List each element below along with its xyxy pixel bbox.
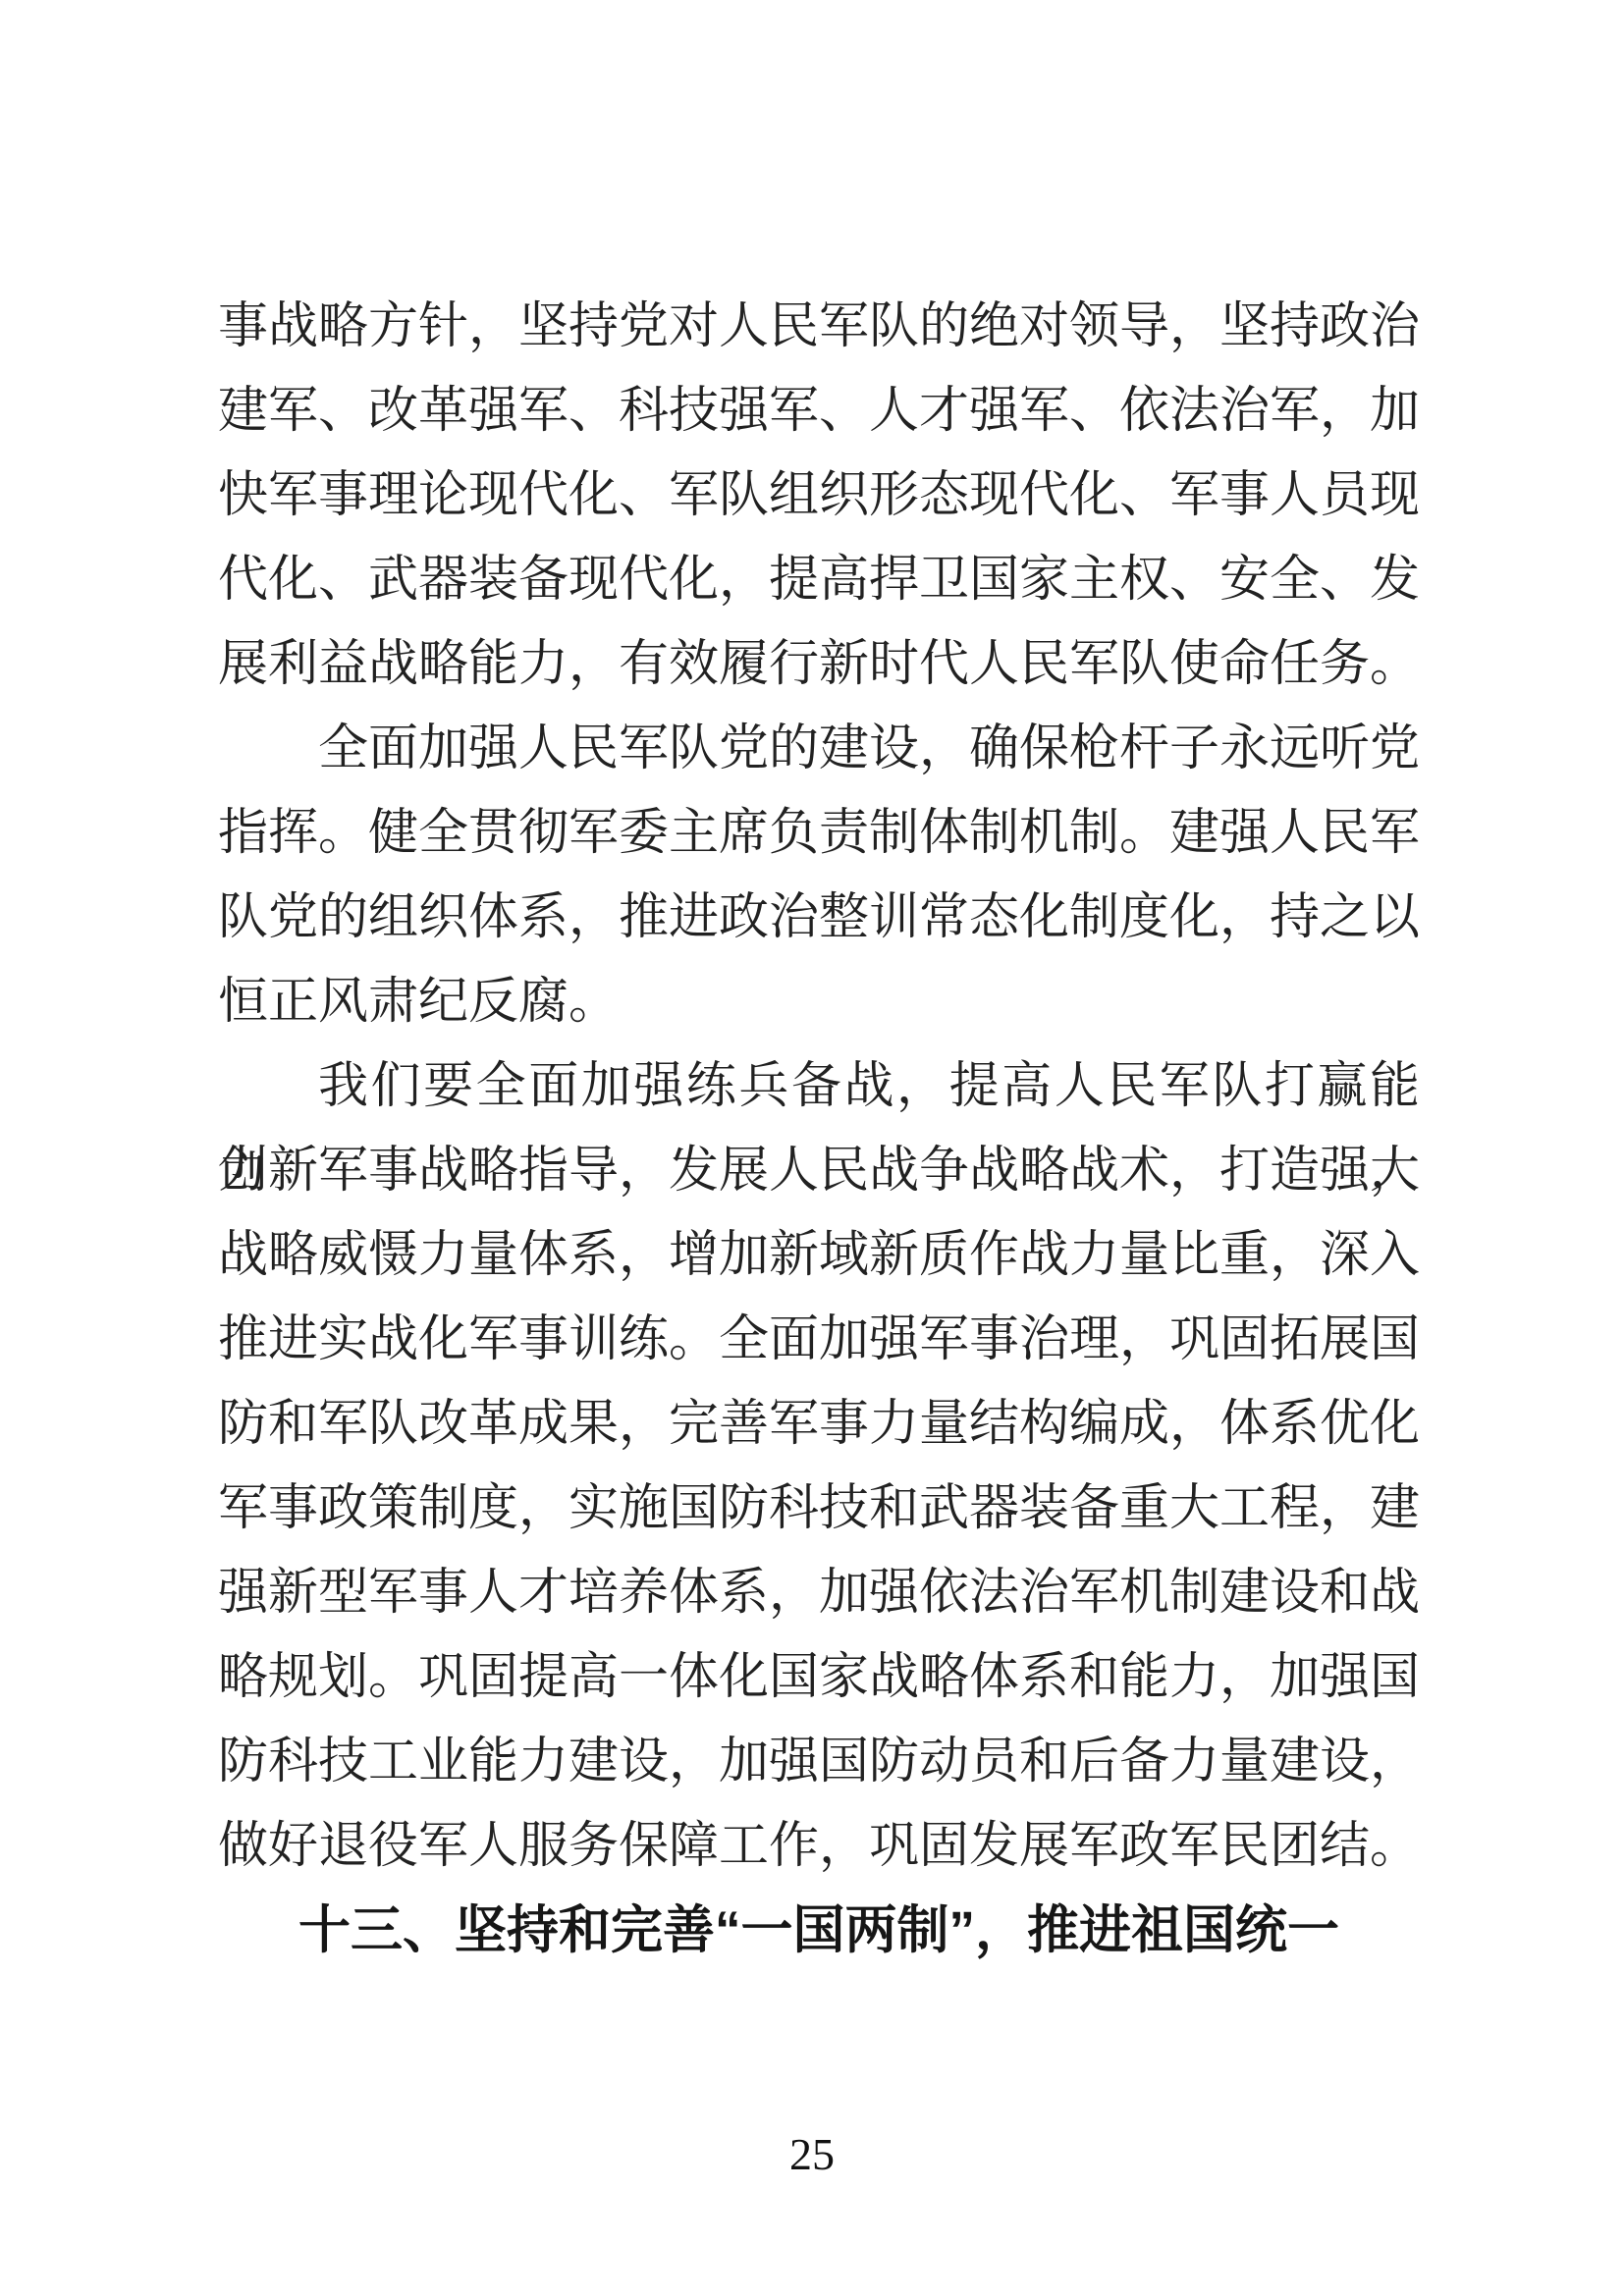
body-line: 全面加强人民军队党的建设，确保枪杆子永远听党 xyxy=(218,707,1420,791)
body-line: 推进实战化军事训练。全面加强军事治理，巩固拓展国 xyxy=(218,1298,1420,1382)
body-line: 军事政策制度，实施国防科技和武器装备重大工程，建 xyxy=(218,1467,1420,1551)
body-line: 代化、武器装备现代化，提高捍卫国家主权、安全、发 xyxy=(218,538,1420,622)
body-line: 略规划。巩固提高一体化国家战略体系和能力，加强国 xyxy=(218,1635,1420,1720)
body-line: 强新型军事人才培养体系，加强依法治军机制建设和战 xyxy=(218,1551,1420,1635)
body-line: 恒正风肃纪反腐。 xyxy=(218,960,1420,1044)
body-line: 指挥。健全贯彻军委主席负责制体制机制。建强人民军 xyxy=(218,791,1420,876)
body-line: 创新军事战略指导，发展人民战争战略战术，打造强大 xyxy=(218,1129,1420,1213)
document-page: 事战略方针，坚持党对人民军队的绝对领导，坚持政治 建军、改革强军、科技强军、人才… xyxy=(0,0,1624,2296)
section-heading: 十三、坚持和完善“一国两制”，推进祖国统一 xyxy=(218,1889,1420,1973)
body-line: 建军、改革强军、科技强军、人才强军、依法治军，加 xyxy=(218,369,1420,454)
body-line: 我们要全面加强练兵备战，提高人民军队打赢能力， xyxy=(218,1044,1420,1129)
body-line: 快军事理论现代化、军队组织形态现代化、军事人员现 xyxy=(218,454,1420,538)
body-line: 防科技工业能力建设，加强国防动员和后备力量建设， xyxy=(218,1720,1420,1804)
document-body: 事战略方针，坚持党对人民军队的绝对领导，坚持政治 建军、改革强军、科技强军、人才… xyxy=(218,285,1420,1973)
body-line: 防和军队改革成果，完善军事力量结构编成，体系优化 xyxy=(218,1382,1420,1467)
body-line: 战略威慑力量体系，增加新域新质作战力量比重，深入 xyxy=(218,1213,1420,1298)
body-line: 做好退役军人服务保障工作，巩固发展军政军民团结。 xyxy=(218,1804,1420,1889)
body-line: 事战略方针，坚持党对人民军队的绝对领导，坚持政治 xyxy=(218,285,1420,369)
page-number: 25 xyxy=(0,2132,1624,2177)
body-line: 队党的组织体系，推进政治整训常态化制度化，持之以 xyxy=(218,876,1420,960)
body-line: 展利益战略能力，有效履行新时代人民军队使命任务。 xyxy=(218,622,1420,707)
